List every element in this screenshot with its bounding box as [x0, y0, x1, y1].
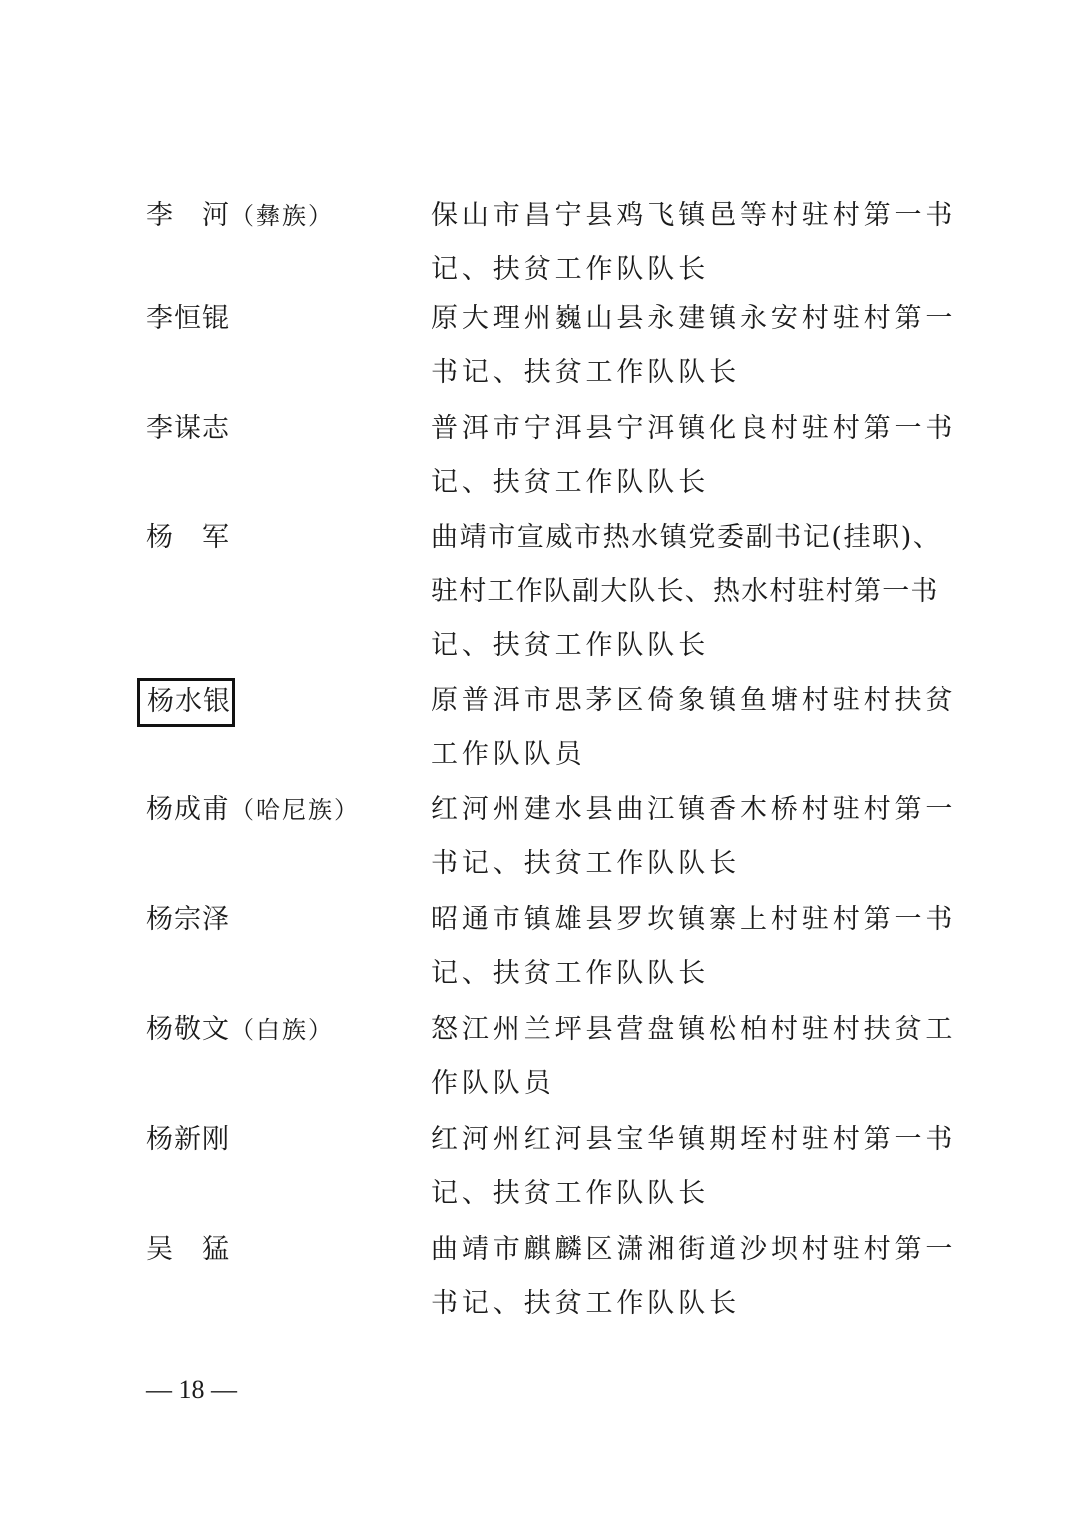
position-description: 原大理州巍山县永建镇永安村驻村第一 书记、扶贫工作队队长: [431, 292, 951, 400]
description-line: 记、扶贫工作队队长: [431, 456, 951, 510]
description-line: 记、扶贫工作队队长: [431, 947, 951, 1001]
description-line: 原普洱市思茅区倚象镇鱼塘村驻村扶贫: [431, 674, 951, 728]
description-line: 曲靖市宣威市热水镇党委副书记(挂职)、: [431, 511, 951, 565]
description-line: 昭通市镇雄县罗坎镇寨上村驻村第一书: [431, 893, 951, 947]
position-description: 保山市昌宁县鸡飞镇邑等村驻村第一书 记、扶贫工作队队长: [431, 189, 951, 297]
description-line: 原大理州巍山县永建镇永安村驻村第一: [431, 292, 951, 346]
description-line: 记、扶贫工作队队长: [431, 243, 951, 297]
person-name: 吴 猛: [146, 1223, 230, 1277]
description-line: 普洱市宁洱县宁洱镇化良村驻村第一书: [431, 402, 951, 456]
description-line: 记、扶贫工作队队长: [431, 1167, 951, 1221]
name-text: 杨成甫: [146, 794, 230, 825]
person-name: 杨敬文（白族）: [146, 1003, 334, 1057]
person-name: 杨新刚: [146, 1113, 230, 1167]
name-text: 李谋志: [146, 413, 230, 444]
description-line: 工作队队员: [431, 728, 951, 782]
document-page: 李 河（彝族） 保山市昌宁县鸡飞镇邑等村驻村第一书 记、扶贫工作队队长 李恒锟 …: [0, 0, 1080, 1528]
highlighted-name-box: 杨水银: [137, 678, 235, 727]
person-name: 杨 军: [146, 511, 230, 565]
person-name: 李谋志: [146, 402, 230, 456]
name-text: 吴 猛: [146, 1234, 230, 1265]
page-number: — 18 —: [146, 1372, 237, 1408]
description-line: 书记、扶贫工作队队长: [431, 346, 951, 400]
person-name: 杨宗泽: [146, 893, 230, 947]
description-line: 作队队员: [431, 1057, 951, 1111]
description-line: 记、扶贫工作队队长: [431, 619, 951, 673]
name-text: 李 河: [146, 200, 230, 231]
position-description: 红河州建水县曲江镇香木桥村驻村第一 书记、扶贫工作队队长: [431, 783, 951, 891]
ethnicity-text: （白族）: [230, 1016, 334, 1044]
description-line: 红河州红河县宝华镇期垤村驻村第一书: [431, 1113, 951, 1167]
name-text: 杨 军: [146, 522, 230, 553]
position-description: 曲靖市宣威市热水镇党委副书记(挂职)、 驻村工作队副大队长、热水村驻村第一书 记…: [431, 511, 951, 673]
name-text: 杨敬文: [146, 1014, 230, 1045]
position-description: 普洱市宁洱县宁洱镇化良村驻村第一书 记、扶贫工作队队长: [431, 402, 951, 510]
position-description: 怒江州兰坪县营盘镇松柏村驻村扶贫工 作队队员: [431, 1003, 951, 1111]
description-line: 红河州建水县曲江镇香木桥村驻村第一: [431, 783, 951, 837]
description-line: 驻村工作队副大队长、热水村驻村第一书: [431, 565, 951, 619]
ethnicity-text: （哈尼族）: [230, 796, 360, 824]
person-name: 李恒锟: [146, 292, 230, 346]
name-text: 李恒锟: [146, 303, 230, 334]
description-line: 书记、扶贫工作队队长: [431, 837, 951, 891]
person-name: 杨成甫（哈尼族）: [146, 783, 360, 837]
ethnicity-text: （彝族）: [230, 202, 334, 230]
position-description: 原普洱市思茅区倚象镇鱼塘村驻村扶贫 工作队队员: [431, 674, 951, 782]
person-name: 李 河（彝族）: [146, 189, 334, 243]
person-name: 杨水银: [147, 675, 231, 729]
position-description: 昭通市镇雄县罗坎镇寨上村驻村第一书 记、扶贫工作队队长: [431, 893, 951, 1001]
description-line: 怒江州兰坪县营盘镇松柏村驻村扶贫工: [431, 1003, 951, 1057]
position-description: 曲靖市麒麟区潇湘街道沙坝村驻村第一 书记、扶贫工作队队长: [431, 1223, 951, 1331]
position-description: 红河州红河县宝华镇期垤村驻村第一书 记、扶贫工作队队长: [431, 1113, 951, 1221]
description-line: 曲靖市麒麟区潇湘街道沙坝村驻村第一: [431, 1223, 951, 1277]
description-line: 保山市昌宁县鸡飞镇邑等村驻村第一书: [431, 189, 951, 243]
name-text: 杨新刚: [146, 1124, 230, 1155]
name-text: 杨宗泽: [146, 904, 230, 935]
description-line: 书记、扶贫工作队队长: [431, 1277, 951, 1331]
